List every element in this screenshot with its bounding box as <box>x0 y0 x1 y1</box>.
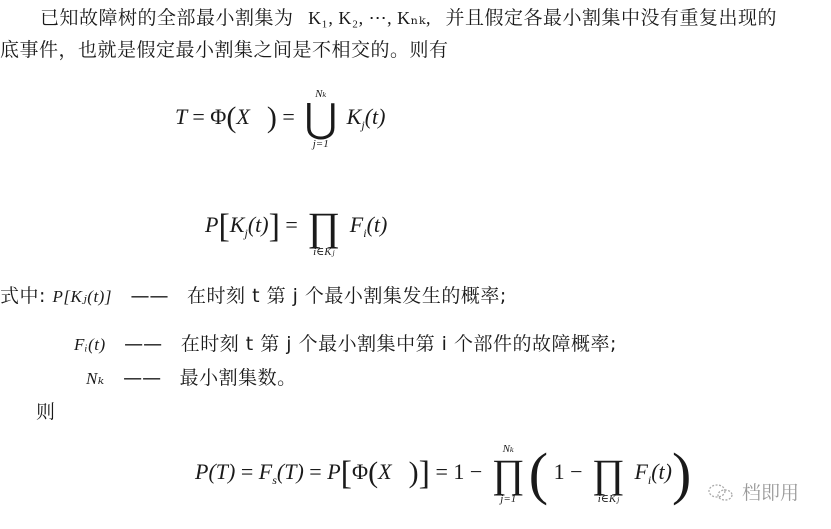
eq-term: F <box>350 212 363 237</box>
eq-arg: (t) <box>248 212 269 237</box>
eq-equals: = <box>309 459 321 484</box>
union-operator: Nₖ ⋃ j=1 <box>304 88 337 150</box>
definition-dash: —— <box>131 285 169 307</box>
intro-line-1: 已知故障树的全部最小割集为 K₁, K₂, ⋯, Kₙₖ, 并且假定各最小割集中… <box>40 6 777 30</box>
definition-text: 最小割集数。 <box>180 367 297 389</box>
eq-arg: (t) <box>365 104 386 129</box>
intro-text-2: 并且假定各最小割集中没有重复出现的 <box>446 7 778 29</box>
eq-equals: = <box>192 104 204 129</box>
definition-dash: —— <box>123 367 161 389</box>
eq-arg: (t) <box>367 212 388 237</box>
definitions-prefix: 式中: <box>0 285 46 307</box>
equation-structure-function: T = Φ(X⃗) = Nₖ ⋃ j=1 Kj(t) <box>175 88 385 150</box>
eq-phi: Φ <box>352 459 368 484</box>
intro-line-2: 底事件，也就是假定最小割集之间是不相交的。则有 <box>0 38 449 62</box>
eq-term: K <box>230 212 245 237</box>
product-operator-outer: Nₖ ∏ j=1 <box>492 443 525 505</box>
eq-symbol: P <box>205 212 218 237</box>
eq-symbol: T <box>175 104 187 129</box>
product-operator: ∏ i∈Kⱼ <box>307 196 340 258</box>
product-operator-inner: ∏ i∈Kⱼ <box>592 443 625 505</box>
definition-symbol: Fᵢ(t) <box>74 335 106 354</box>
definition-symbol: Nₖ <box>86 369 105 388</box>
definition-row-3: Nₖ —— 最小割集数。 <box>86 366 297 391</box>
product-symbol: ∏ <box>307 208 340 246</box>
eq-equals: = <box>285 212 297 237</box>
eq-vector: X⃗ <box>236 104 267 129</box>
product-symbol: ∏ <box>492 455 525 493</box>
then-label: 则 <box>36 400 56 424</box>
eq-arg: (T) <box>208 459 235 484</box>
eq-equals: = <box>282 104 294 129</box>
eq-arg: (T) <box>277 459 304 484</box>
intro-text: 已知故障树的全部最小割集为 <box>40 7 294 29</box>
eq-symbol: P <box>327 459 340 484</box>
eq-minus: − <box>570 459 582 484</box>
eq-arg: (t) <box>651 459 672 484</box>
eq-term: K <box>347 104 362 129</box>
eq-term: F <box>634 459 647 484</box>
watermark: 档即用 <box>706 478 799 505</box>
eq-symbol: P <box>195 459 208 484</box>
eq-equals: = <box>435 459 447 484</box>
definition-symbol: P[Kⱼ(t)] <box>52 287 112 306</box>
eq-one: 1 <box>453 459 464 484</box>
eq-term: F <box>259 459 272 484</box>
eq-phi: Φ <box>210 104 226 129</box>
cut-set-list: K₁, K₂, ⋯, Kₙₖ, <box>308 8 431 28</box>
definition-text: 在时刻 t 第 j 个最小割集发生的概率; <box>187 285 507 307</box>
definition-row-2: Fᵢ(t) —— 在时刻 t 第 j 个最小割集中第 i 个部件的故障概率; <box>74 332 617 357</box>
eq-one: 1 <box>554 459 565 484</box>
eq-minus: − <box>470 459 482 484</box>
equation-cut-set-probability: P[Kj(t)] = ∏ i∈Kⱼ Fi(t) <box>205 196 387 258</box>
wechat-icon <box>706 483 736 503</box>
definition-text: 在时刻 t 第 j 个最小割集中第 i 个部件的故障概率; <box>181 333 617 355</box>
eq-equals: = <box>241 459 253 484</box>
equation-top-event-probability: P(T) = Fs(T) = P[Φ(X⃗)] = 1 − Nₖ ∏ j=1 (… <box>195 440 691 507</box>
definition-row-1: 式中: P[Kⱼ(t)] —— 在时刻 t 第 j 个最小割集发生的概率; <box>0 284 507 309</box>
product-symbol: ∏ <box>592 455 625 493</box>
watermark-text: 档即用 <box>742 482 799 504</box>
union-symbol: ⋃ <box>304 100 337 138</box>
definition-dash: —— <box>124 333 162 355</box>
eq-vector: X⃗ <box>378 459 409 484</box>
